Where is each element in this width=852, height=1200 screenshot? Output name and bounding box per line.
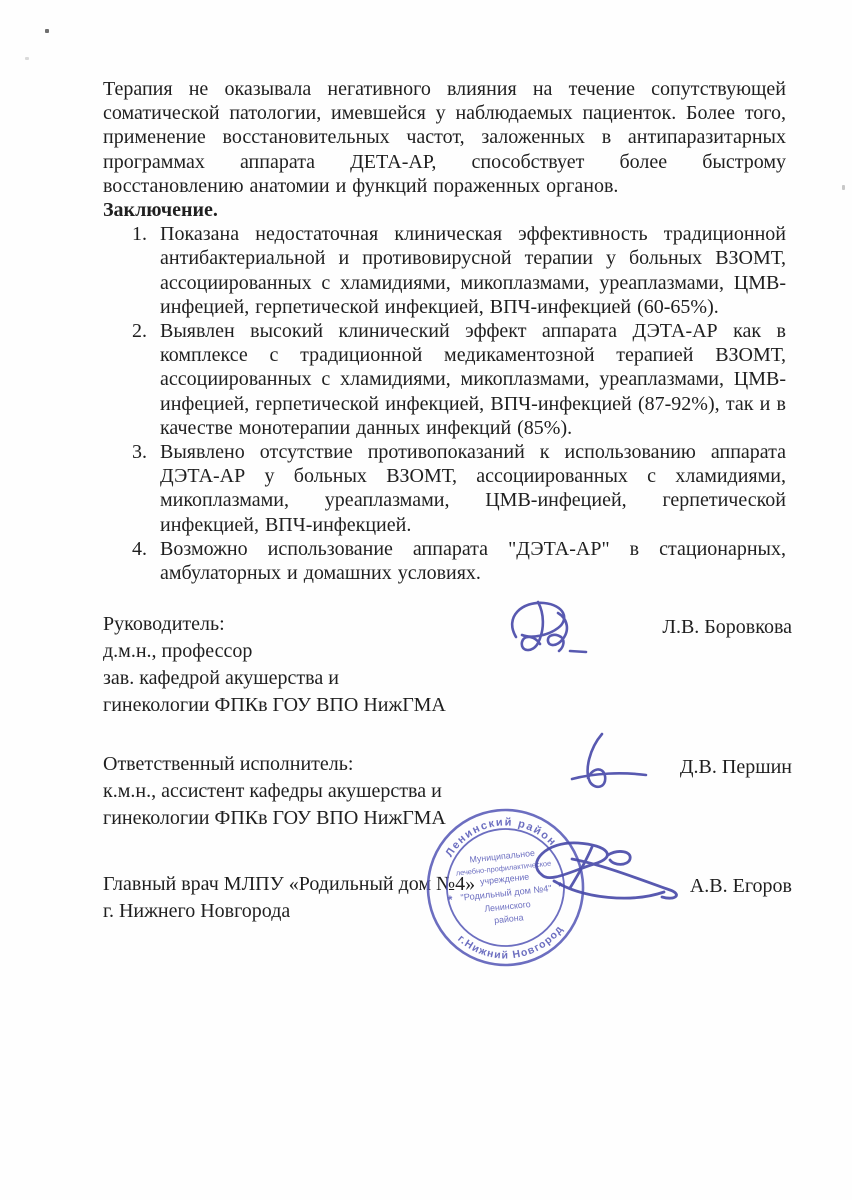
conclusion-item: 4. Возможно использование аппарата "ДЭТА…	[160, 537, 786, 585]
signatory-line: д.м.н., профессор	[103, 638, 446, 665]
intro-paragraph: Терапия не оказывала негативного влияния…	[103, 77, 786, 198]
signatory-line: гинекологии ФПКв ГОУ ВПО НижГМА	[103, 692, 446, 719]
conclusion-heading: Заключение.	[103, 198, 786, 222]
scanned-document-page: Терапия не оказывала негативного влияния…	[0, 0, 852, 1200]
stamp-left-asterisk: *	[447, 893, 453, 907]
item-number: 1.	[132, 222, 147, 246]
signatory-block-executor: Ответственный исполнитель: к.м.н., ассис…	[103, 751, 446, 832]
scan-speck	[45, 29, 49, 33]
signatory-line: Главный врач МЛПУ «Родильный дом №4»	[103, 871, 475, 898]
conclusion-item: 3. Выявлено отсутствие противопоказаний …	[160, 440, 786, 537]
signatory-line: зав. кафедрой акушерства и	[103, 665, 446, 692]
item-text: Показана недостаточная клиническая эффек…	[160, 223, 786, 318]
item-text: Возможно использование аппарата "ДЭТА-АР…	[160, 538, 786, 584]
conclusion-list: 1. Показана недостаточная клиническая эф…	[103, 222, 786, 585]
signatory-name: Д.В. Першин	[680, 755, 792, 779]
scan-speck	[25, 57, 29, 60]
item-text: Выявлено отсутствие противопоказаний к и…	[160, 441, 786, 536]
item-number: 4.	[132, 537, 147, 561]
signatory-line: к.м.н., ассистент кафедры акушерства и	[103, 778, 446, 805]
item-number: 3.	[132, 440, 147, 464]
handwritten-signature-pershin	[560, 730, 655, 792]
handwritten-signature-egorov	[520, 831, 698, 913]
stamp-arc-bottom-text: г.Нижний Новгород	[454, 922, 568, 967]
signatory-block-head: Руководитель: д.м.н., профессор зав. каф…	[103, 611, 446, 719]
signatory-line: гинекологии ФПКв ГОУ ВПО НижГМА	[103, 805, 446, 832]
signatory-block-chief-doctor: Главный врач МЛПУ «Родильный дом №4» г. …	[103, 871, 475, 925]
signatory-line: г. Нижнего Новгорода	[103, 898, 475, 925]
item-number: 2.	[132, 319, 147, 343]
svg-text:г.Нижний Новгород: г.Нижний Новгород	[454, 922, 568, 967]
conclusion-item: 2. Выявлен высокий клинический эффект ап…	[160, 319, 786, 440]
conclusion-item: 1. Показана недостаточная клиническая эф…	[160, 222, 786, 319]
signatory-line: Руководитель:	[103, 611, 446, 638]
item-text: Выявлен высокий клинический эффект аппар…	[160, 320, 786, 439]
signatory-line: Ответственный исполнитель:	[103, 751, 446, 778]
handwritten-signature-borovkova	[502, 595, 642, 660]
signatory-name: А.В. Егоров	[690, 874, 792, 898]
stamp-center-line: района	[494, 912, 524, 925]
scan-speck	[842, 185, 845, 190]
document-body: Терапия не оказывала негативного влияния…	[103, 77, 786, 585]
signatory-name: Л.В. Боровкова	[662, 615, 792, 639]
